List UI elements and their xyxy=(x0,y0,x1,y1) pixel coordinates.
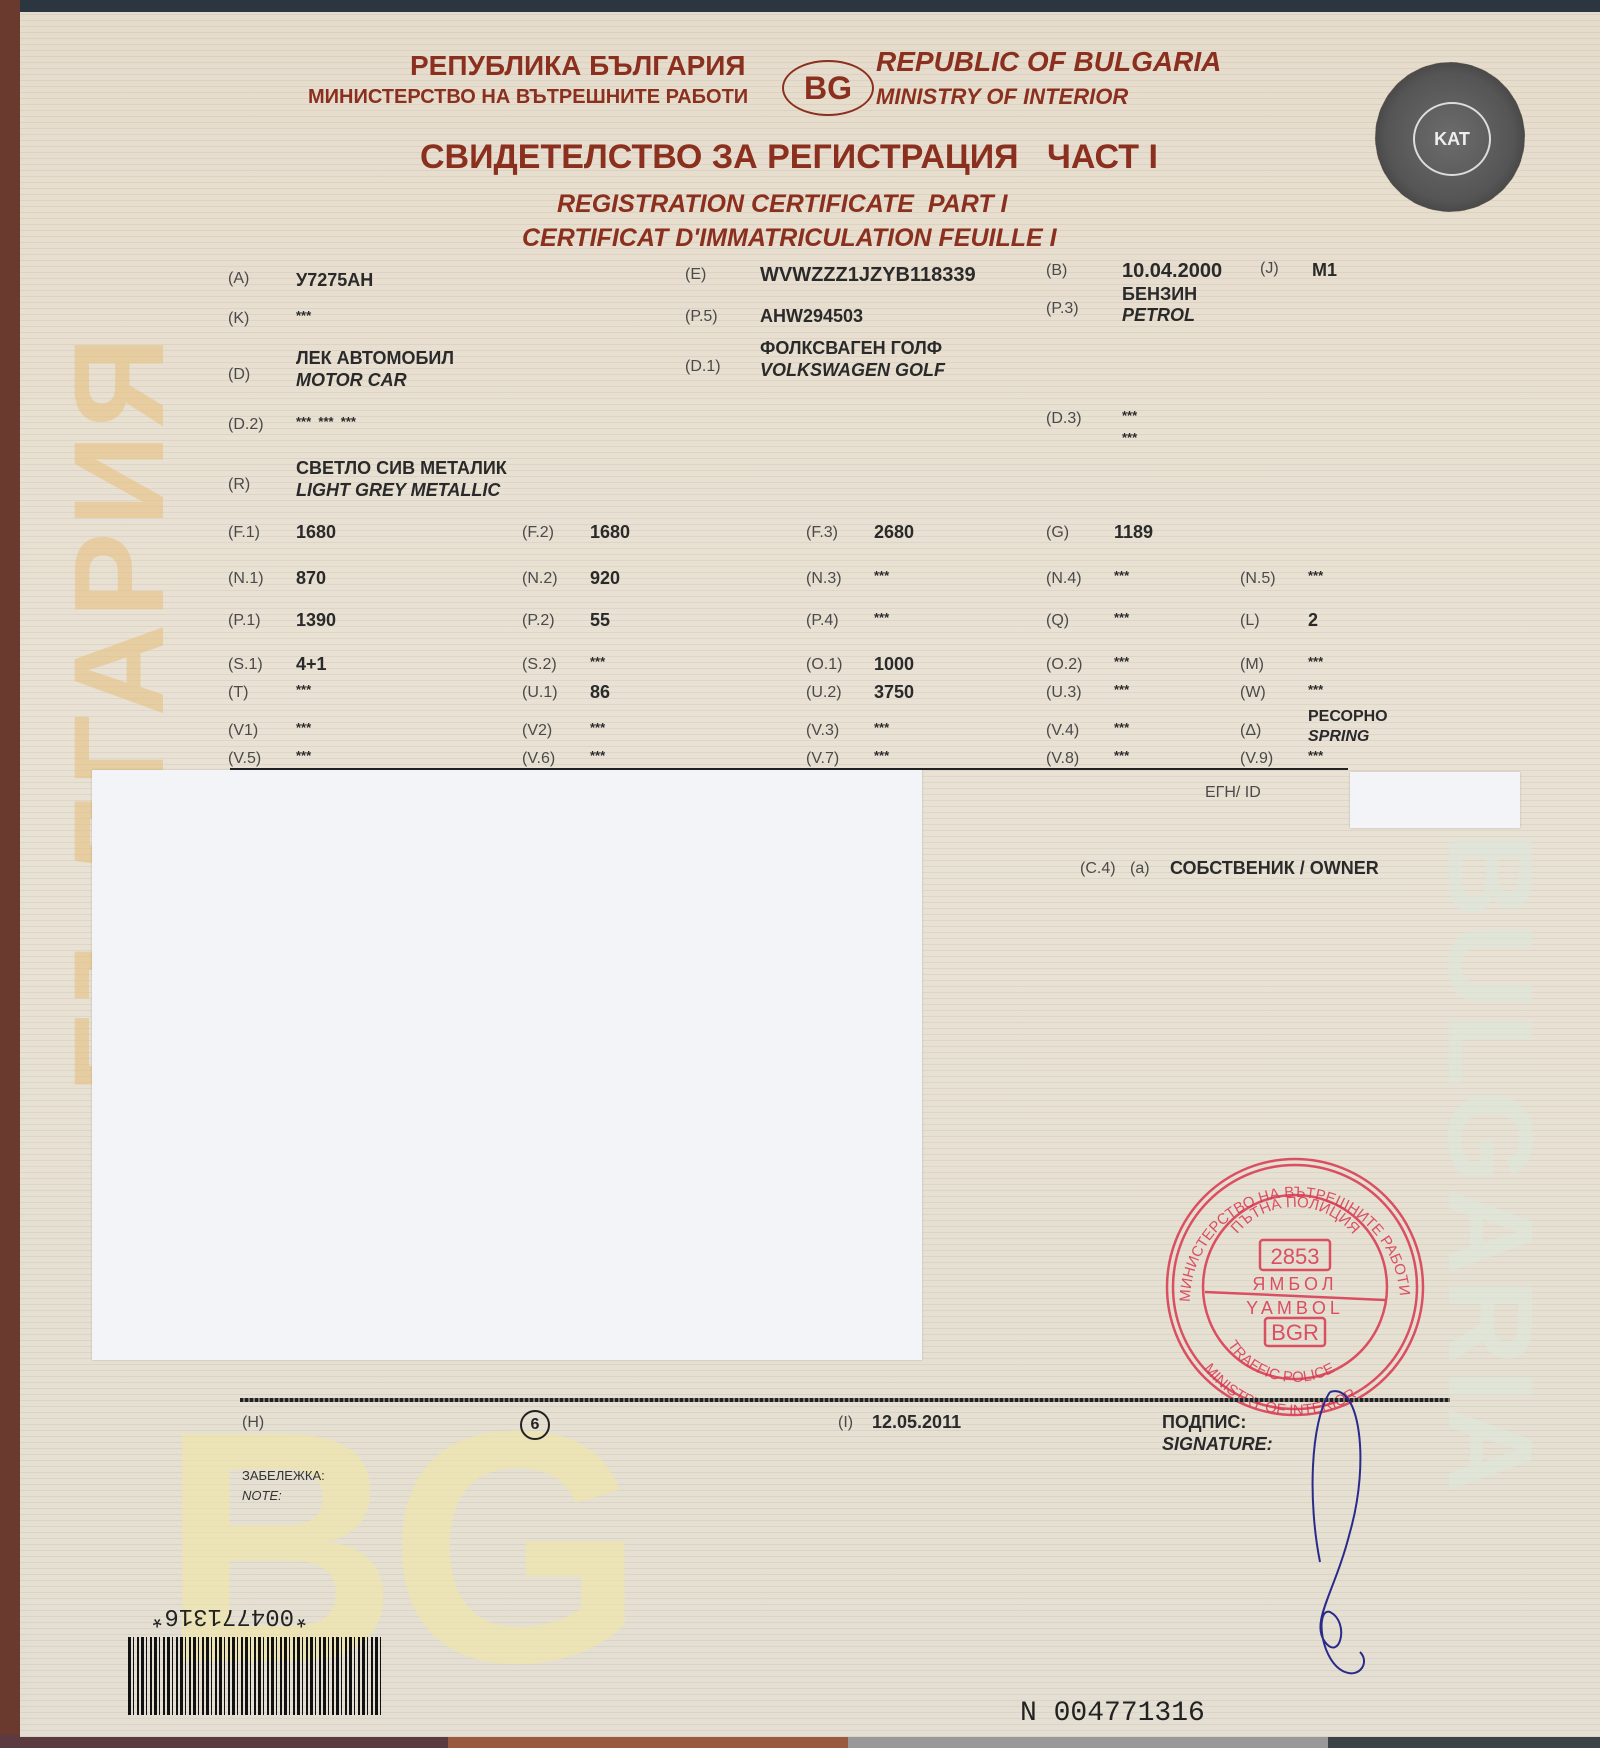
serial-number: N 004771316 xyxy=(1020,1698,1205,1729)
field-r-color-bg: СВЕТЛО СИВ МЕТАЛИК xyxy=(296,458,507,479)
field-code-p4: (P.4) xyxy=(806,612,839,630)
redaction-paper-id xyxy=(1350,772,1520,828)
redaction-paper-owner xyxy=(92,770,922,1360)
field-j-category: M1 xyxy=(1312,260,1337,281)
footer-separator xyxy=(240,1398,1450,1402)
field-code-b: (B) xyxy=(1046,262,1067,280)
field-v9-value: *** xyxy=(1308,748,1323,763)
stamp-number: 2853 xyxy=(1271,1244,1320,1269)
signature xyxy=(1290,1382,1410,1682)
field-p2-value: 55 xyxy=(590,610,610,631)
field-n1-value: 870 xyxy=(296,568,326,589)
field-code-t: (T) xyxy=(228,684,248,702)
field-code-j: (J) xyxy=(1260,260,1279,278)
field-d3-value-1: *** xyxy=(1122,408,1137,423)
field-v8-value: *** xyxy=(1114,748,1129,763)
field-n2-value: 920 xyxy=(590,568,620,589)
field-code-n4: (N.4) xyxy=(1046,570,1082,588)
field-d2-value: *** *** *** xyxy=(296,414,356,429)
stamp-country: BGR xyxy=(1271,1320,1319,1345)
field-code-r: (R) xyxy=(228,476,250,494)
watermark-bulgaria-en: BULGARIA xyxy=(1420,832,1560,1692)
field-code-l: (L) xyxy=(1240,612,1260,630)
kat-seal-icon: KAT xyxy=(1375,62,1525,212)
stamp-city-en: YAMBOL xyxy=(1246,1298,1344,1318)
field-code-p3: (P.3) xyxy=(1046,300,1079,318)
field-code-v6: (V.6) xyxy=(522,750,555,768)
field-n4-value: *** xyxy=(1114,568,1129,583)
owner-label: СОБСТВЕНИК / OWNER xyxy=(1170,858,1379,879)
field-code-v8: (V.8) xyxy=(1046,750,1079,768)
field-s2-value: *** xyxy=(590,654,605,669)
field-code-k: (K) xyxy=(228,310,249,328)
field-t-value: *** xyxy=(296,682,311,697)
field-code-s2: (S.2) xyxy=(522,656,557,674)
barcode-text: *004771316* xyxy=(150,1602,308,1629)
field-v1-value: *** xyxy=(296,720,311,735)
field-v6-value: *** xyxy=(590,748,605,763)
field-code-o1: (O.1) xyxy=(806,656,842,674)
field-s1-value: 4+1 xyxy=(296,654,327,675)
field-d-type-en: MOTOR CAR xyxy=(296,370,407,391)
signature-label-bg: ПОДПИС: xyxy=(1162,1412,1246,1433)
field-p5-engine-number: AHW294503 xyxy=(760,306,863,327)
field-v7-value: *** xyxy=(874,748,889,763)
field-code-v1: (V1) xyxy=(228,722,258,740)
field-code-f1: (F.1) xyxy=(228,524,260,542)
field-q-value: *** xyxy=(1114,610,1129,625)
field-n3-value: *** xyxy=(874,568,889,583)
field-u1-value: 86 xyxy=(590,682,610,703)
field-delta-suspension-en: SPRING xyxy=(1308,728,1369,746)
field-i-issue-date: 12.05.2011 xyxy=(872,1412,961,1433)
circled-number: 6 xyxy=(520,1410,550,1440)
field-m-value: *** xyxy=(1308,654,1323,669)
field-r-color-en: LIGHT GREY METALLIC xyxy=(296,480,500,501)
field-code-q: (Q) xyxy=(1046,612,1069,630)
field-g-value: 1189 xyxy=(1114,522,1153,543)
kat-seal-label: KAT xyxy=(1413,102,1491,176)
field-code-a: (A) xyxy=(228,270,249,288)
field-l-value: 2 xyxy=(1308,610,1318,631)
field-f2-value: 1680 xyxy=(590,522,630,543)
field-f3-value: 2680 xyxy=(874,522,914,543)
field-o1-value: 1000 xyxy=(874,654,914,675)
field-b-first-registration: 10.04.2000 xyxy=(1122,260,1222,283)
field-w-value: *** xyxy=(1308,682,1323,697)
field-code-p5: (P.5) xyxy=(685,308,718,326)
field-k-value: *** xyxy=(296,308,311,323)
field-code-v9: (V.9) xyxy=(1240,750,1273,768)
field-code-u3: (U.3) xyxy=(1046,684,1082,702)
field-code-s1: (S.1) xyxy=(228,656,263,674)
field-d1-make-en: VOLKSWAGEN GOLF xyxy=(760,360,945,381)
field-code-m: (M) xyxy=(1240,656,1264,674)
field-code-d1: (D.1) xyxy=(685,358,721,376)
stamp-city-bg: ЯМБОЛ xyxy=(1252,1274,1337,1294)
title-fr: CERTIFICAT D'IMMATRICULATION FEUILLE I xyxy=(522,224,1057,253)
field-u2-value: 3750 xyxy=(874,682,914,703)
header-country-bg: РЕПУБЛИКА БЪЛГАРИЯ xyxy=(410,50,746,82)
field-code-n3: (N.3) xyxy=(806,570,842,588)
note-label-en: NOTE: xyxy=(242,1488,282,1503)
field-code-p2: (P.2) xyxy=(522,612,555,630)
header-country-en: REPUBLIC OF BULGARIA xyxy=(876,46,1221,78)
title-bg: СВИДЕТЕЛСТВО ЗА РЕГИСТРАЦИЯ ЧАСТ I xyxy=(420,138,1158,177)
field-f1-value: 1680 xyxy=(296,522,336,543)
header-ministry-en: MINISTRY OF INTERIOR xyxy=(876,84,1128,110)
field-v3-value: *** xyxy=(874,720,889,735)
field-code-f3: (F.3) xyxy=(806,524,838,542)
field-a-plate: У7275АН xyxy=(296,270,373,291)
barcode xyxy=(128,1637,384,1715)
field-code-v4: (V.4) xyxy=(1046,722,1079,740)
field-code-u1: (U.1) xyxy=(522,684,558,702)
signature-label-en: SIGNATURE: xyxy=(1162,1434,1273,1455)
field-code-w: (W) xyxy=(1240,684,1266,702)
field-v4-value: *** xyxy=(1114,720,1129,735)
field-code-n5: (N.5) xyxy=(1240,570,1276,588)
field-u3-value: *** xyxy=(1114,682,1129,697)
field-p4-value: *** xyxy=(874,610,889,625)
field-v5-value: *** xyxy=(296,748,311,763)
header-ministry-bg: МИНИСТЕРСТВО НА ВЪТРЕШНИТЕ РАБОТИ xyxy=(308,86,748,109)
field-code-c4: (C.4) xyxy=(1080,860,1116,878)
field-code-d3: (D.3) xyxy=(1046,410,1082,428)
field-code-u2: (U.2) xyxy=(806,684,842,702)
field-v2-value: *** xyxy=(590,720,605,735)
note-label-bg: ЗАБЕЛЕЖКА: xyxy=(242,1468,325,1483)
id-label: ЕГН/ ID xyxy=(1205,784,1261,802)
field-p3-fuel-bg: БЕНЗИН xyxy=(1122,284,1197,305)
field-code-p1: (P.1) xyxy=(228,612,261,630)
field-p1-value: 1390 xyxy=(296,610,336,631)
field-e-vin: WVWZZZ1JZYB118339 xyxy=(760,264,976,287)
field-code-o2: (O.2) xyxy=(1046,656,1082,674)
field-d3-value-2: *** xyxy=(1122,430,1137,445)
bg-badge: BG xyxy=(782,60,874,116)
field-n5-value: *** xyxy=(1308,568,1323,583)
field-code-g: (G) xyxy=(1046,524,1069,542)
field-d-type-bg: ЛЕК АВТОМОБИЛ xyxy=(296,348,454,369)
field-code-v3: (V.3) xyxy=(806,722,839,740)
field-code-d2: (D.2) xyxy=(228,416,264,434)
field-code-e: (E) xyxy=(685,266,706,284)
field-code-f2: (F.2) xyxy=(522,524,554,542)
field-code-v5: (V.5) xyxy=(228,750,261,768)
title-en: REGISTRATION CERTIFICATE PART I xyxy=(557,190,1007,219)
field-p3-fuel-en: PETROL xyxy=(1122,305,1195,326)
field-code-a-owner: (a) xyxy=(1130,860,1150,878)
field-code-v2: (V2) xyxy=(522,722,552,740)
registration-certificate: БЪЛГАРИЯ BULGARIA BG РЕПУБЛИКА БЪЛГАРИЯ … xyxy=(20,12,1600,1737)
field-code-n2: (N.2) xyxy=(522,570,558,588)
field-code-i: (I) xyxy=(838,1414,853,1432)
field-code-n1: (N.1) xyxy=(228,570,264,588)
field-code-d: (D) xyxy=(228,366,250,384)
field-code-v7: (V.7) xyxy=(806,750,839,768)
field-code-h: (H) xyxy=(242,1414,264,1432)
field-o2-value: *** xyxy=(1114,654,1129,669)
field-delta-suspension-bg: РЕСОРНО xyxy=(1308,708,1388,726)
field-d1-make-bg: ФОЛКСВАГЕН ГОЛФ xyxy=(760,338,942,359)
field-code-delta: (Δ) xyxy=(1240,722,1261,740)
